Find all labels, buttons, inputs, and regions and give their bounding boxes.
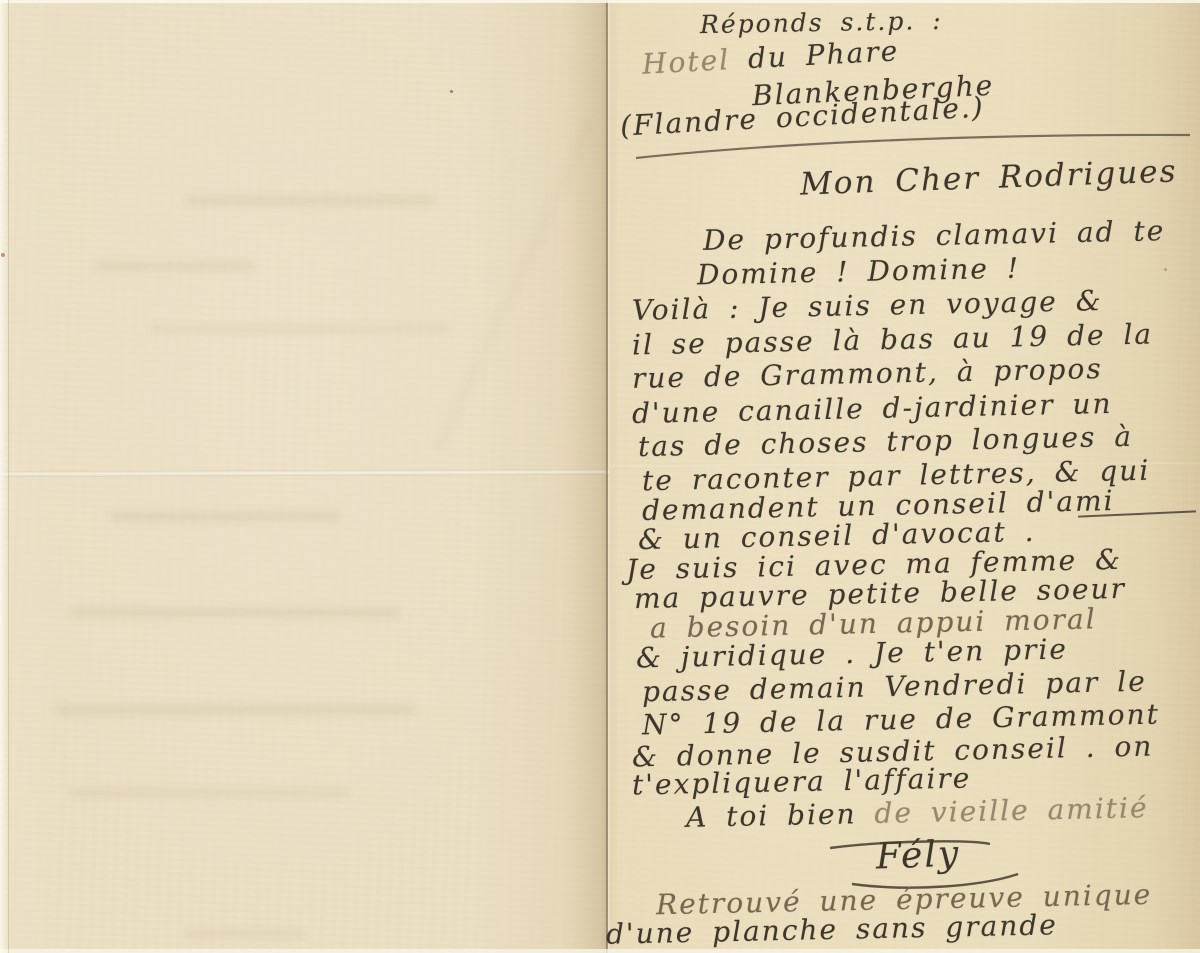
ink-bleedthrough [185, 196, 435, 205]
centre-fold-highlight [608, 0, 611, 953]
body-line: Domine ! Domine ! [697, 255, 1021, 290]
body-line: t'expliquera l'affaire [632, 764, 972, 799]
closing-start: A toi bien [686, 797, 857, 834]
closing-end-faded: de vieille amitié [856, 791, 1149, 830]
ink-bleedthrough [150, 325, 450, 333]
ink-bleedthrough [70, 788, 350, 797]
foxing-speck [1, 253, 5, 257]
ink-bleedthrough [70, 608, 400, 617]
hotel-word-faded: Hotel [641, 43, 731, 81]
centre-fold-shadow [560, 0, 607, 953]
foxing-speck [450, 90, 453, 93]
scan-edge [0, 0, 1200, 3]
signature: Fély [875, 837, 960, 876]
scan-edge [0, 949, 1200, 953]
paper-edge [8, 0, 9, 953]
ink-bleedthrough [55, 705, 415, 715]
reply-note: Réponds s.t.p. : [700, 8, 943, 37]
ink-bleedthrough [185, 930, 305, 938]
ink-bleedthrough [95, 262, 255, 270]
ink-bleedthrough [110, 512, 340, 521]
foxing-speck [1164, 268, 1167, 271]
scanned-letter-spread: Réponds s.t.p. : Hotel du Phare Blankenb… [0, 0, 1200, 953]
